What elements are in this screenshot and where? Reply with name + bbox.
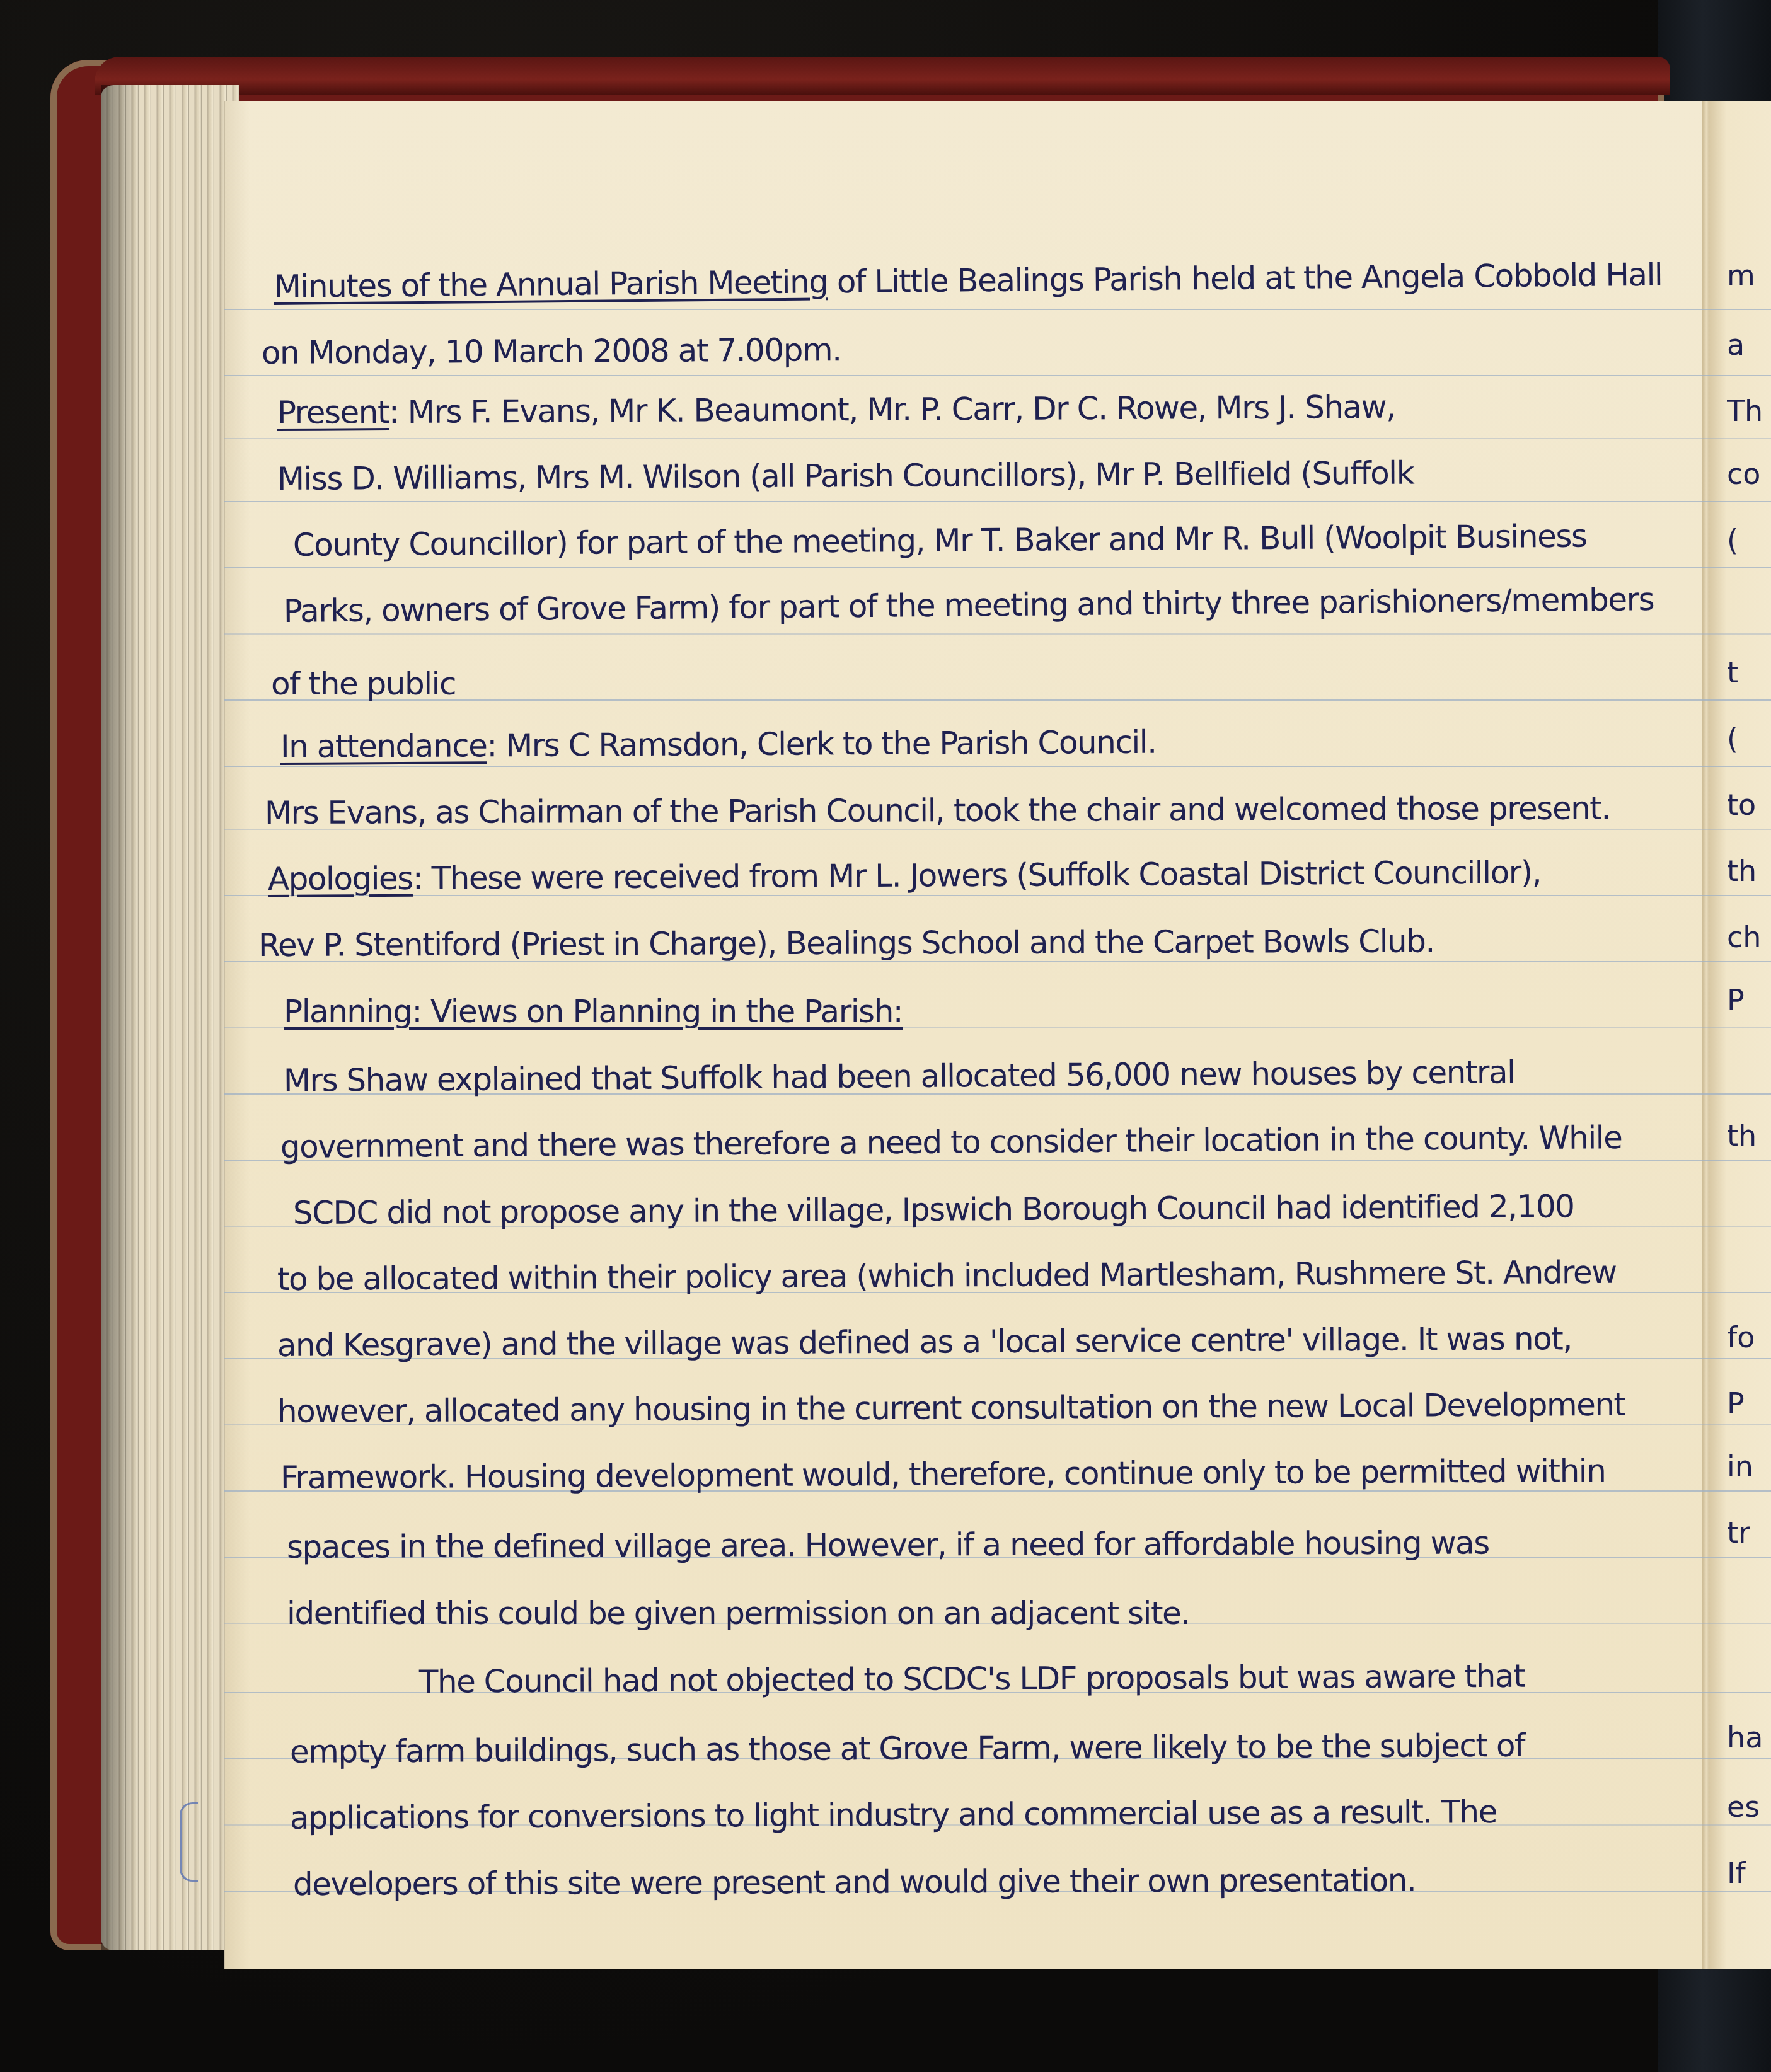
council-paragraph-line-4: developers of this site were present and… [293,1865,1416,1900]
facing-fragment: P [1727,1386,1771,1420]
planning-line-4: to be allocated within their policy area… [277,1257,1617,1295]
facing-fragment: fo [1727,1320,1771,1354]
right-page-edge [1709,101,1771,1969]
council-paragraph-line-2: empty farm buildings, such as those at G… [290,1730,1525,1768]
present-heading: Present [277,394,389,431]
facing-fragment: in [1727,1449,1771,1483]
facing-fragment: ha [1727,1720,1771,1754]
planning-heading: Planning: Views on Planning in the Paris… [284,993,903,1030]
facing-fragment: to [1727,788,1771,822]
council-paragraph-line-1: The Council had not objected to SCDC's L… [287,1660,1525,1698]
attendance-heading: In attendance [280,727,487,765]
apologies-line-2: Rev P. Stentiford (Priest in Charge), Be… [258,925,1434,961]
facing-fragment: P [1727,983,1771,1017]
facing-fragment: a [1727,328,1771,362]
facing-fragment: ch [1727,920,1771,954]
facing-fragment: th [1727,1119,1771,1153]
present-line-1: Present: Mrs F. Evans, Mr K. Beaumont, M… [277,391,1395,429]
ruled-line [224,766,1771,767]
page-edges-shadow [101,85,139,1950]
present-line-2: Miss D. Williams, Mrs M. Wilson (all Par… [277,458,1414,495]
ruled-line [224,699,1771,701]
present-line-3: County Councillor) for part of the meeti… [293,521,1587,561]
facing-fragment: es [1727,1790,1771,1824]
facing-fragment: th [1727,854,1771,888]
council-paragraph-line-3: applications for conversions to light in… [290,1796,1497,1834]
present-line-5: of the public [271,668,456,699]
book-spine-top-edge [95,57,1670,95]
planning-line-7: Framework. Housing development would, th… [280,1455,1606,1494]
planning-line-5: and Kesgrave) and the village was define… [277,1323,1572,1361]
title-heading: Minutes of the Annual Parish Meeting [274,263,828,305]
ruled-line [224,309,1771,310]
attendance-line: In attendance: Mrs C Ramsdon, Clerk to t… [280,727,1157,763]
planning-line-8: spaces in the defined village area. Howe… [287,1527,1489,1563]
apologies-line-1: Apologies: These were received from Mr L… [268,856,1542,895]
chair-line: Mrs Evans, as Chairman of the Parish Cou… [265,793,1610,829]
facing-fragment: m [1727,258,1771,292]
ruled-line [224,438,1771,439]
facing-fragment: ( [1727,722,1771,756]
facing-fragment: If [1727,1856,1771,1890]
planning-line-3: SCDC did not propose any in the village,… [293,1190,1574,1229]
margin-pencil-mark [180,1802,198,1882]
facing-fragment: t [1727,655,1771,689]
planning-heading-line: Planning: Views on Planning in the Paris… [284,996,903,1027]
planning-line-6: however, allocated any housing in the cu… [277,1389,1625,1427]
ruled-line [224,567,1771,568]
facing-fragment: ( [1727,523,1771,557]
planning-line-2: government and there was therefore a nee… [280,1122,1622,1163]
planning-line-1: Mrs Shaw explained that Suffolk had been… [284,1056,1515,1096]
apologies-heading: Apologies [268,860,413,897]
facing-fragment: tr [1727,1516,1771,1550]
ruled-line [224,501,1771,502]
ruled-line [224,375,1771,376]
planning-line-9: identified this could be given permissio… [287,1597,1190,1629]
ruled-line [224,633,1771,635]
date-line: on Monday, 10 March 2008 at 7.00pm. [262,334,841,369]
facing-fragment: co [1727,457,1771,491]
facing-fragment: Th [1727,394,1771,428]
